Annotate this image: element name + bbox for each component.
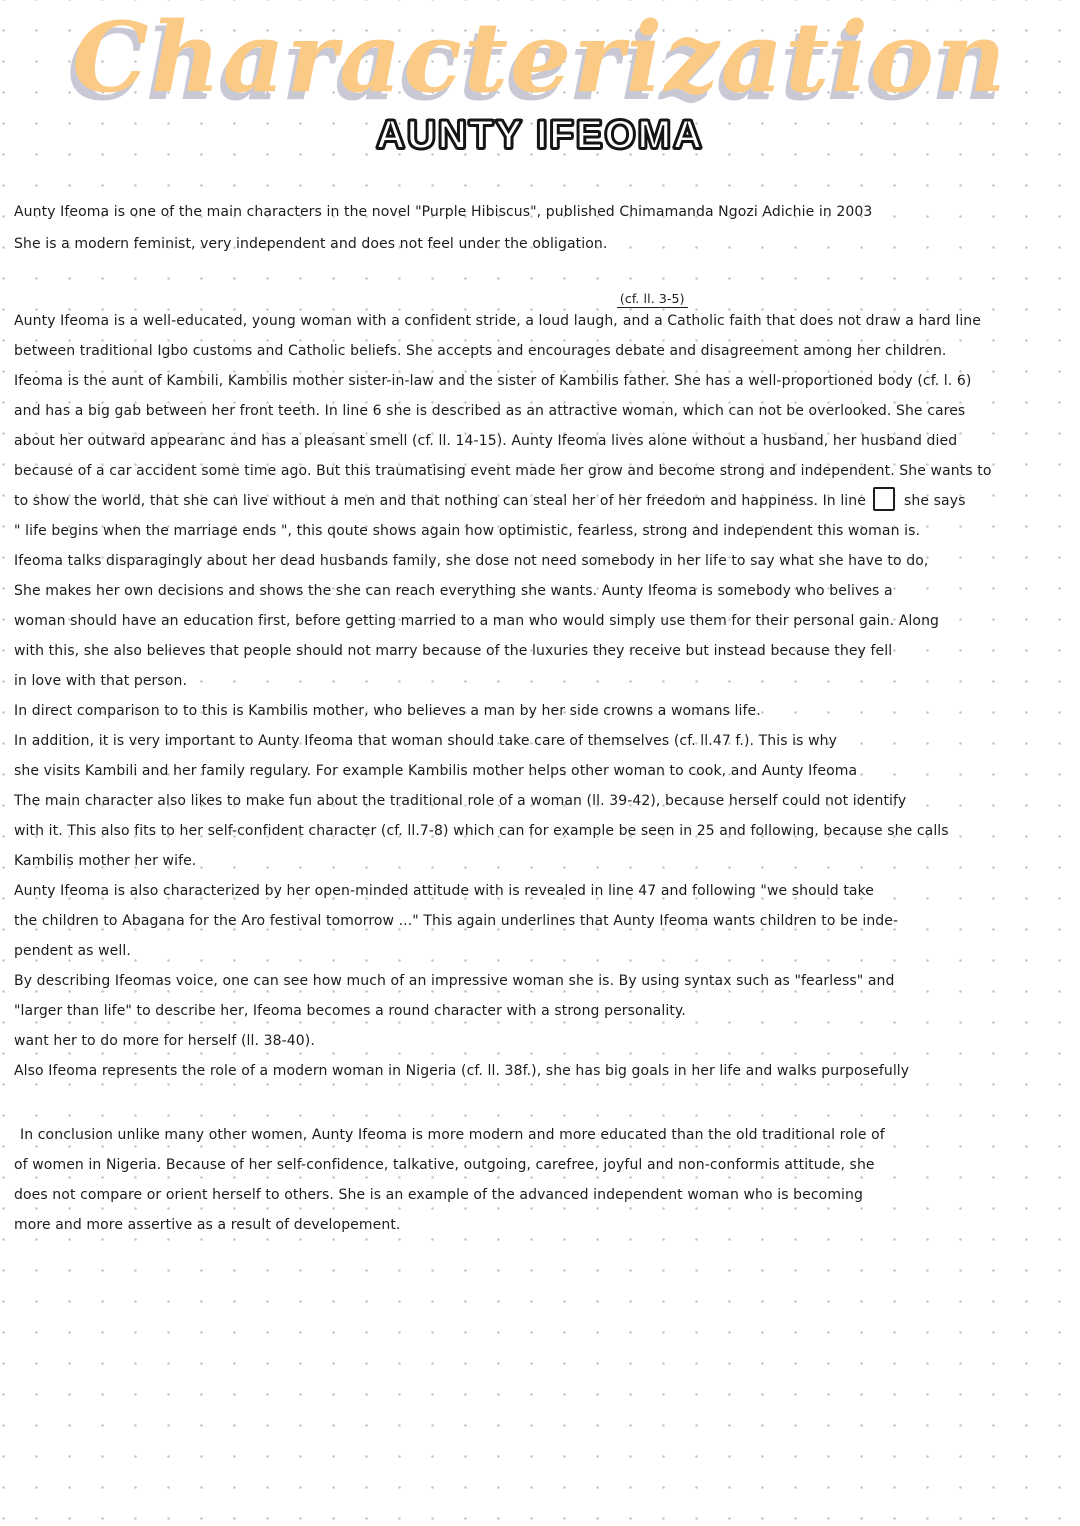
text-line: and has a big gab between her front teet… xyxy=(14,396,1066,426)
text-line: " life begins when the marriage ends ", … xyxy=(14,516,1066,546)
text-line: does not compare or orient herself to ot… xyxy=(14,1180,1066,1210)
text-line: with this, she also believes that people… xyxy=(14,636,1066,666)
text-lines-group: between traditional Igbo customs and Cat… xyxy=(14,336,1066,486)
text-line: pendent as well. xyxy=(14,936,1066,966)
text-line: She is a modern feminist, very independe… xyxy=(14,228,1066,260)
text-line: want her to do more for herself (ll. 38-… xyxy=(14,1026,1066,1056)
text-line: because of a car accident some time ago.… xyxy=(14,456,1066,486)
text-line: woman should have an education first, be… xyxy=(14,606,1066,636)
note-page: Characterization AUNTY IFEOMA Aunty Ifeo… xyxy=(0,0,1080,1526)
text-line: more and more assertive as a result of d… xyxy=(14,1210,1066,1240)
text-line: The main character also likes to make fu… xyxy=(14,786,1066,816)
text-line: Ifeoma talks disparagingly about her dea… xyxy=(14,546,1066,576)
text-line: She makes her own decisions and shows th… xyxy=(14,576,1066,606)
page-title: Characterization xyxy=(14,6,1066,110)
text-segment: she says xyxy=(904,493,965,509)
text-line: "larger than life" to describe her, Ifeo… xyxy=(14,996,1066,1026)
annotation-anchor: (cf. ll. 3-5)and a Catholic faith that d… xyxy=(623,313,981,329)
text-line: In addition, it is very important to Aun… xyxy=(14,726,1066,756)
page-subtitle: AUNTY IFEOMA xyxy=(14,112,1066,158)
main-paragraph: Aunty Ifeoma is a well-educated, young w… xyxy=(14,306,1066,1086)
line-number-placeholder-box xyxy=(873,487,895,511)
text-segment: Aunty Ifeoma is a well-educated, young w… xyxy=(14,313,618,329)
text-lines-group: " life begins when the marriage ends ", … xyxy=(14,516,1066,1086)
text-line: the children to Abagana for the Aro fest… xyxy=(14,906,1066,936)
text-line: of women in Nigeria. Because of her self… xyxy=(14,1150,1066,1180)
text-line: in love with that person. xyxy=(14,666,1066,696)
text-segment: and a Catholic faith that does not draw … xyxy=(623,313,981,329)
text-line-with-box: to show the world, that she can live wit… xyxy=(14,486,1066,516)
text-segment: to show the world, that she can live wit… xyxy=(14,493,866,509)
text-line: Kambilis mother her wife. xyxy=(14,846,1066,876)
text-line: she visits Kambili and her family regula… xyxy=(14,756,1066,786)
citation-annotation: (cf. ll. 3-5) xyxy=(617,292,688,308)
intro-paragraph: Aunty Ifeoma is one of the main characte… xyxy=(14,196,1066,260)
text-line: In conclusion unlike many other women, A… xyxy=(14,1120,1066,1150)
text-line: In direct comparison to to this is Kambi… xyxy=(14,696,1066,726)
text-line: Aunty Ifeoma is one of the main characte… xyxy=(14,196,1066,228)
conclusion-paragraph: In conclusion unlike many other women, A… xyxy=(14,1120,1066,1240)
text-line-with-annotation: Aunty Ifeoma is a well-educated, young w… xyxy=(14,306,1066,336)
text-line: Ifeoma is the aunt of Kambili, Kambilis … xyxy=(14,366,1066,396)
text-line: about her outward appearanc and has a pl… xyxy=(14,426,1066,456)
text-line: between traditional Igbo customs and Cat… xyxy=(14,336,1066,366)
text-line: Also Ifeoma represents the role of a mod… xyxy=(14,1056,1066,1086)
text-line: with it. This also fits to her self-conf… xyxy=(14,816,1066,846)
text-line: By describing Ifeomas voice, one can see… xyxy=(14,966,1066,996)
text-line: Aunty Ifeoma is also characterized by he… xyxy=(14,876,1066,906)
